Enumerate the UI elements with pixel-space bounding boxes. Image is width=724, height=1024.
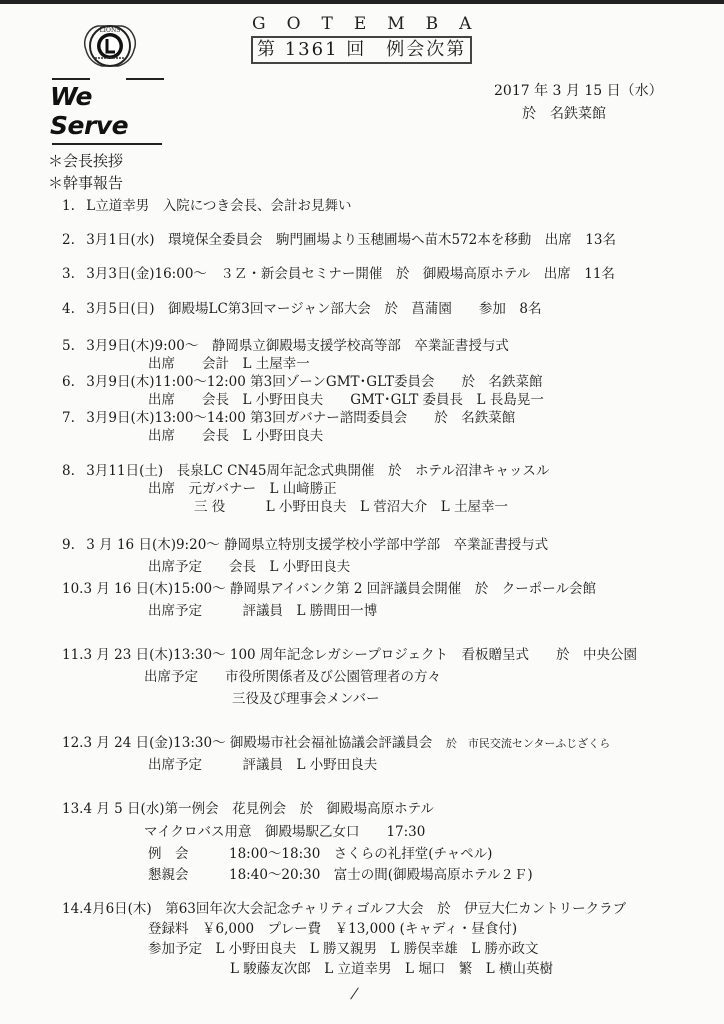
list-item-detail: 出席予定 評議員 L 勝間田一博 — [148, 599, 377, 619]
list-item-detail: 出席 元ガバナー L 山﨑勝正 — [148, 477, 337, 497]
list-item-detail: L 駿藤友次郎 L 立道幸男 L 堀口 繁 L 横山英樹 — [230, 957, 553, 977]
list-item-detail: 例 会 18:00～18:30 さくらの礼拝堂(チャペル) — [148, 842, 492, 862]
list-item-detail: 出席 会計 L 土屋幸一 — [148, 352, 310, 372]
list-item: 6. 3月9日(木)11:00～12:00 第3回ゾーンGMT･GLT委員会 於… — [62, 370, 542, 390]
list-item: 11.3 月 23 日(木)13:30～ 100 周年記念レガシープロジェクト … — [62, 643, 637, 663]
list-item: 9. 3 月 16 日(木)9:20～ 静岡県立特別支援学校小学部中学部 卒業証… — [62, 533, 548, 553]
logo-rule-top — [52, 78, 164, 80]
list-item: 5. 3月9日(木)9:00～ 静岡県立御殿場支援学校高等部 卒業証書授与式 — [62, 334, 509, 354]
list-item-detail: 出席 会長 L 小野田良夫 — [148, 424, 323, 444]
scan-top-edge — [0, 0, 724, 4]
list-item: 3. 3月3日(金)16:00～ ３Ｚ・新会員セミナー開催 於 御殿場高原ホテル… — [62, 262, 615, 282]
meeting-date: 2017 年 3 月 15 日（水） — [494, 80, 663, 100]
list-item-detail: 懇親会 18:40～20:30 富士の間(御殿場高原ホテル２Ｆ) — [148, 863, 533, 883]
lions-emblem-icon: LIONS — [78, 14, 142, 78]
logo-motto: We Serve — [50, 82, 170, 140]
list-item: 13.4 月 5 日(水)第一例会 花見例会 於 御殿場高原ホテル — [62, 797, 434, 817]
list-item: 10.3 月 16 日(木)15:00～ 静岡県アイバンク第 2 回評議員会開催… — [62, 577, 596, 597]
list-item-detail: 出席予定 市役所関係者及び公園管理者の方々 — [144, 665, 441, 685]
list-item: 12.3 月 24 日(金)13:30～ 御殿場市社会福祉協議会評議員会 於 市… — [62, 731, 610, 751]
document-title: 第 1361 回 例会次第 — [251, 36, 472, 64]
section-president-greeting: ＊会長挨拶 — [48, 150, 123, 171]
section-secretary-report: ＊幹事報告 — [48, 172, 123, 193]
club-name: GOTEMBA — [252, 14, 492, 34]
list-item: 1. L立道幸男 入院につき会長、会計お見舞い — [62, 194, 352, 214]
svg-text:LIONS: LIONS — [100, 27, 121, 34]
list-item-detail: 出席予定 評議員 L 小野田良夫 — [148, 753, 377, 773]
list-item-detail: マイクロバス用意 御殿場駅乙女口 17:30 — [144, 820, 425, 840]
list-item: 7. 3月9日(木)13:00～14:00 第3回ガバナー諮問委員会 於 名鉄菜… — [62, 406, 515, 426]
list-item-detail: 出席予定 会長 L 小野田良夫 — [148, 555, 350, 575]
list-item-detail: 参加予定 L 小野田良夫 L 勝又親男 L 勝俣幸雄 L 勝亦政文 — [148, 937, 539, 957]
list-item: 4. 3月5日(日) 御殿場LC第3回マージャン部大会 於 菖蒲園 参加 8名 — [62, 297, 541, 317]
meeting-venue: 於 名鉄菜館 — [522, 103, 606, 123]
page-mark: / — [349, 986, 360, 1002]
lions-logo: LIONS We Serve — [50, 14, 170, 145]
list-item-detail: 出席 会長 L 小野田良夫 GMT･GLT 委員長 L 長島晃一 — [148, 388, 544, 408]
list-item-detail: 登録料 ￥6,000 プレー費 ￥13,000 (キャディ・昼食付) — [148, 917, 517, 937]
list-item: 14.4月6日(木) 第63回年次大会記念チャリティゴルフ大会 於 伊豆大仁カン… — [62, 897, 626, 917]
list-item: 2. 3月1日(水) 環境保全委員会 駒門圃場より玉穂圃場へ苗木572本を移動 … — [62, 228, 616, 248]
list-item: 8. 3月11日(土) 長泉LC CN45周年記念式典開催 於 ホテル沼津キャッ… — [62, 459, 549, 479]
logo-rule-bottom — [52, 143, 162, 145]
list-item-detail: 三 役 L 小野田良夫 L 菅沼大介 L 土屋幸一 — [194, 495, 508, 515]
list-item-detail: 三役及び理事会メンバー — [232, 687, 380, 707]
